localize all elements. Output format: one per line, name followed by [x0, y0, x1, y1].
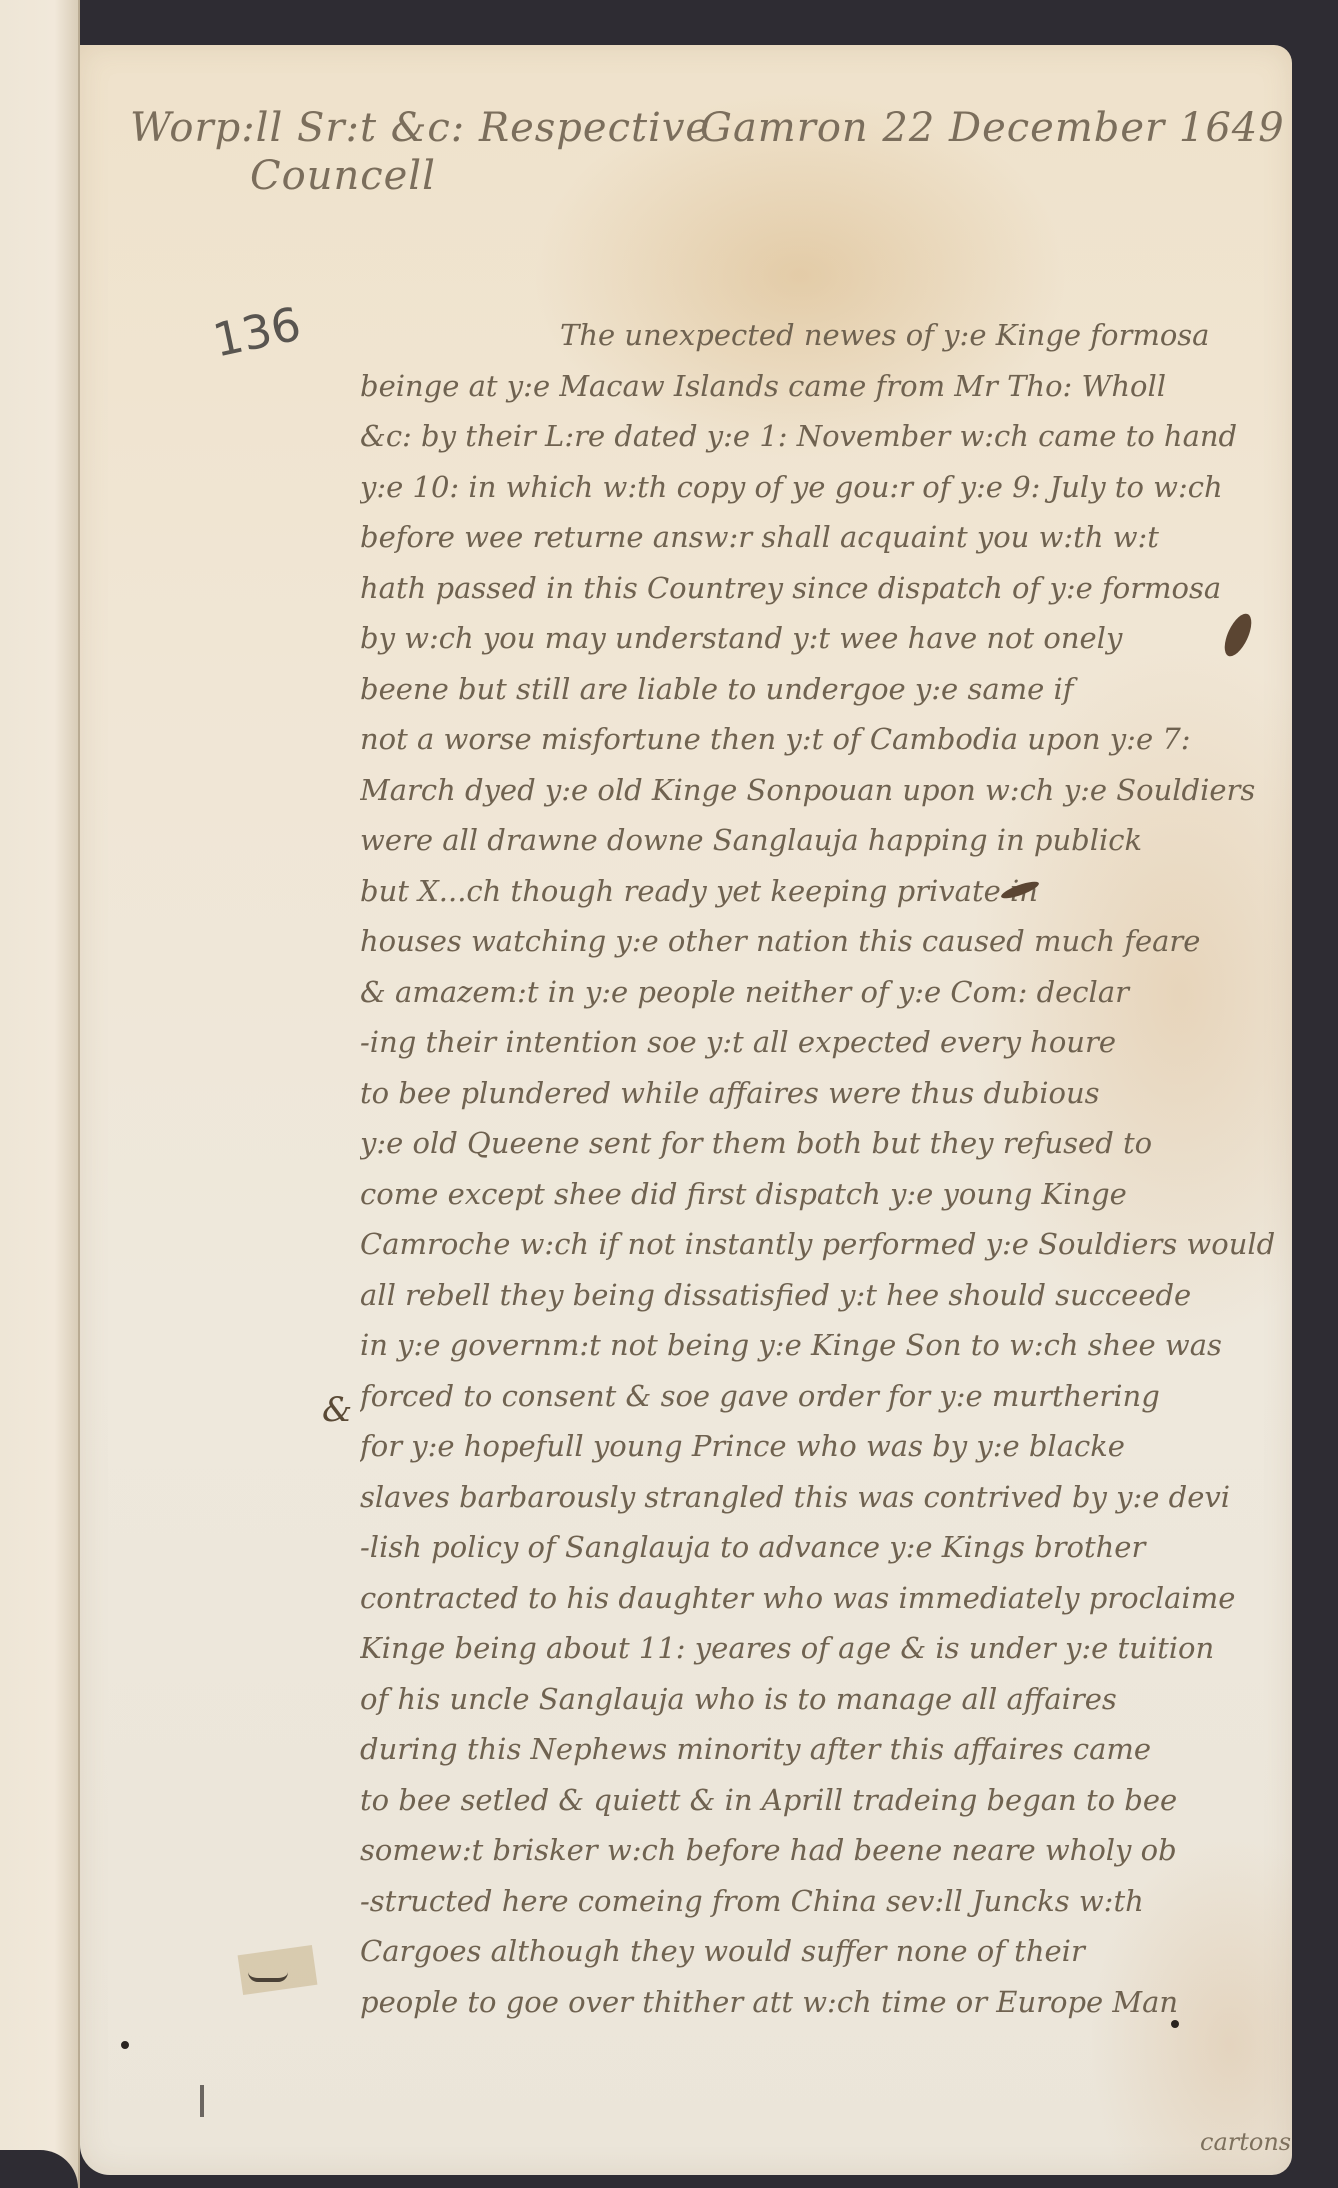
body-line: beinge at y:e Macaw Islands came from Mr… [360, 361, 1338, 412]
body-line: in y:e governm:t not being y:e Kinge Son… [360, 1320, 1338, 1371]
body-line: -ing their intention soe y:t all expecte… [360, 1017, 1338, 1068]
pencil-mark [200, 2085, 204, 2117]
body-line: forced to consent & soe gave order for y… [360, 1371, 1338, 1422]
tape-ink-mark [248, 1972, 288, 1982]
catchword: cartons [1200, 2128, 1291, 2156]
body-line: -lish policy of Sanglauja to advance y:e… [360, 1522, 1338, 1573]
body-line: slaves barbarously strangled this was co… [360, 1472, 1338, 1523]
body-line: to bee setled & quiett & in Aprill trade… [360, 1775, 1338, 1826]
folio-number: 136 [208, 296, 305, 367]
body-line: to bee plundered while affaires were thu… [360, 1068, 1338, 1119]
body-line: for y:e hopefull young Prince who was by… [360, 1421, 1338, 1472]
manuscript-page: Worp:ll Sr:t &c: Respective Councell Gam… [80, 45, 1292, 2175]
body-line: contracted to his daughter who was immed… [360, 1573, 1338, 1624]
body-line: come except shee did first dispatch y:e … [360, 1169, 1338, 1220]
body-line: before wee returne answ:r shall acquaint… [360, 512, 1338, 563]
body-line: of his uncle Sanglauja who is to manage … [360, 1674, 1338, 1725]
body-line: & amazem:t in y:e people neither of y:e … [360, 967, 1338, 1018]
body-line: Cargoes although they would suffer none … [360, 1926, 1338, 1977]
body-line: not a worse misfortune then y:t of Cambo… [360, 714, 1338, 765]
body-line: by w:ch you may understand y:t wee have … [360, 613, 1338, 664]
body-line: Kinge being about 11: yeares of age & is… [360, 1623, 1338, 1674]
ink-dot [1171, 2020, 1179, 2028]
body-line: but X...ch though ready yet keeping priv… [360, 866, 1338, 917]
body-line: March dyed y:e old Kinge Sonpouan upon w… [360, 765, 1338, 816]
body-line: were all drawne downe Sanglauja happing … [360, 815, 1338, 866]
letter-body: The unexpected newes of y:e Kinge formos… [360, 310, 1338, 2027]
body-line: -structed here comeing from China sev:ll… [360, 1876, 1338, 1927]
body-line: y:e 10: in which w:th copy of ye gou:r o… [360, 462, 1338, 513]
margin-mark: & [322, 1390, 352, 1430]
body-line: during this Nephews minority after this … [360, 1724, 1338, 1775]
ink-dot [121, 2041, 129, 2049]
body-line: beene but still are liable to undergoe y… [360, 664, 1338, 715]
body-line: y:e old Queene sent for them both but th… [360, 1118, 1338, 1169]
body-line: all rebell they being dissatisfied y:t h… [360, 1270, 1338, 1321]
body-line: &c: by their L:re dated y:e 1: November … [360, 411, 1338, 462]
body-line: hath passed in this Countrey since dispa… [360, 563, 1338, 614]
body-line: Camroche w:ch if not instantly performed… [360, 1219, 1338, 1270]
heading-address: Worp:ll Sr:t &c: Respective [130, 105, 710, 151]
heading-date: Gamron 22 December 1649 [700, 105, 1285, 151]
body-line: The unexpected newes of y:e Kinge formos… [360, 310, 1338, 361]
body-line: houses watching y:e other nation this ca… [360, 916, 1338, 967]
body-line: somew:t brisker w:ch before had beene ne… [360, 1825, 1338, 1876]
book-binding-left-page [0, 0, 80, 2188]
heading-address-line2: Councell [250, 153, 436, 199]
body-line: people to goe over thither att w:ch time… [360, 1977, 1338, 2028]
